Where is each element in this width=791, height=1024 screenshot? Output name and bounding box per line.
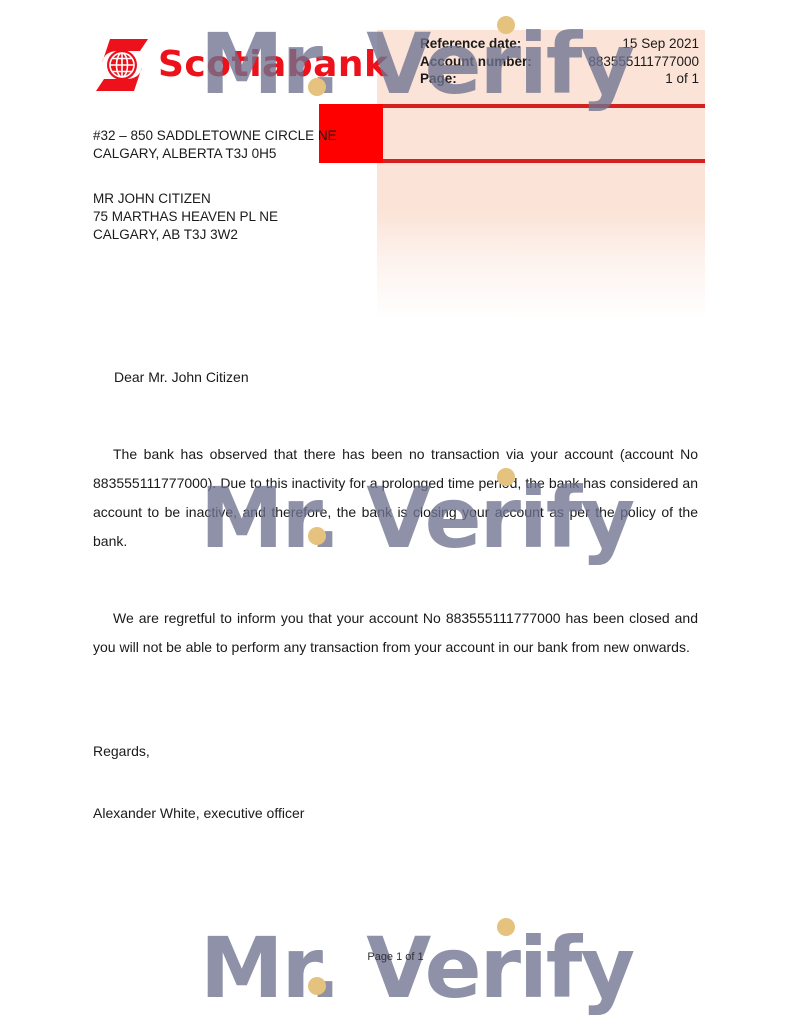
reference-date-label: Reference date: [420,35,521,53]
bank-address-line1: #32 – 850 SADDLETOWNE CIRCLE NE [93,127,337,145]
closing: Regards, [93,743,150,759]
account-number-label: Account number: [420,53,532,71]
page-label: Page: [420,70,457,88]
account-number-row: Account number: 883555111777000 [420,53,699,71]
account-number-value: 883555111777000 [588,53,699,71]
watermark-dot [308,527,326,545]
watermark-dot [308,977,326,995]
watermark-dot [308,78,326,96]
bank-address-line2: CALGARY, ALBERTA T3J 0H5 [93,145,337,163]
customer-address: MR JOHN CITIZEN 75 MARTHAS HEAVEN PL NE … [93,190,278,244]
reference-date-value: 15 Sep 2021 [622,35,699,53]
signature: Alexander White, executive officer [93,805,304,821]
customer-name: MR JOHN CITIZEN [93,190,278,208]
red-rule-top [383,104,705,108]
page-row: Page: 1 of 1 [420,70,699,88]
reference-info: Reference date: 15 Sep 2021 Account numb… [420,35,699,88]
watermark: Mr. Verify [200,926,633,1010]
customer-address-line2: CALGARY, AB T3J 3W2 [93,226,278,244]
letter-paragraph: We are regretful to inform you that your… [93,604,698,662]
scotiabank-globe-s-icon [96,37,148,93]
salutation: Dear Mr. John Citizen [114,369,249,385]
reference-date-row: Reference date: 15 Sep 2021 [420,35,699,53]
page-value: 1 of 1 [665,70,699,88]
brand-wordmark: Scotiabank [158,47,388,83]
scotiabank-logo: Scotiabank [96,37,388,93]
watermark-dot [497,918,515,936]
watermark-dot [497,16,515,34]
letter-paragraph: The bank has observed that there has bee… [93,440,698,556]
header-red-band [319,104,705,163]
bank-address: #32 – 850 SADDLETOWNE CIRCLE NE CALGARY,… [93,127,337,163]
red-rule-bottom [383,159,705,163]
watermark-dot [497,468,515,486]
customer-address-line1: 75 MARTHAS HEAVEN PL NE [93,208,278,226]
page-footer: Page 1 of 1 [0,951,791,963]
